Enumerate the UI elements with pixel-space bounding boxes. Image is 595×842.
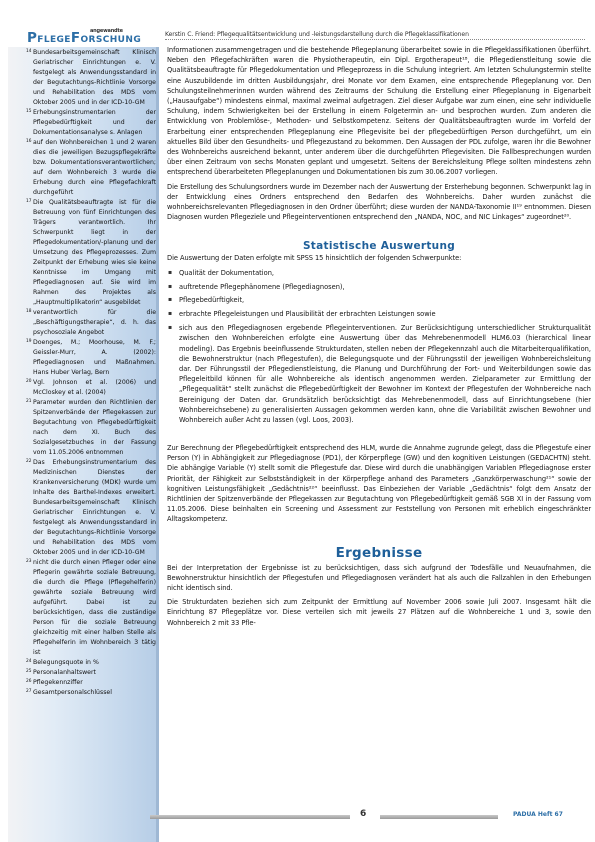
footnote-text: Vgl. Johnson et al. (2006) und McCloskey… (33, 379, 156, 396)
footnote-number: 24 (26, 657, 31, 667)
footnote: 20Vgl. Johnson et al. (2006) und McClosk… (13, 378, 156, 398)
article-body: Informationen zusammengetragen und die b… (167, 45, 591, 632)
footnote-number: 22 (26, 457, 31, 467)
paragraph: Informationen zusammengetragen und die b… (167, 45, 591, 178)
footnote-number: 25 (26, 667, 31, 677)
footnote-number: 19 (26, 337, 31, 347)
footnote: 27Gesamtpersonalschlüssel (13, 688, 156, 698)
logo-title: PflegeForschung (27, 30, 141, 46)
footnote: 17Die Qualitätsbeauftragte ist für die B… (13, 198, 156, 308)
running-title: Kerstin C. Friend: Pflegequalitätsentwic… (165, 31, 585, 40)
footnote-number: 16 (26, 137, 31, 147)
footnote: 16auf den Wohnbereichen 1 und 2 waren di… (13, 138, 156, 198)
footnote: 18verantwortlich für die „Beschäftigungs… (13, 308, 156, 338)
footnote-number: 27 (26, 687, 31, 697)
page-number: 6 (360, 809, 366, 819)
journal-issue: PADUA Heft 67 (513, 811, 563, 818)
footnote-text: Erhebungsinstrumentarien der Pflegebedür… (33, 109, 156, 136)
footer-rule-left (150, 815, 350, 819)
footnote-text: auf den Wohnbereichen 1 und 2 waren dies… (33, 139, 156, 196)
footnote-number: 21 (26, 397, 31, 407)
footnote: 14Bundesarbeitsgemeinschaft Klinisch Ger… (13, 48, 156, 108)
footnote-number: 23 (26, 557, 31, 567)
footnote-number: 26 (26, 677, 31, 687)
footnote: 21Parameter wurden den Richtlinien der S… (13, 398, 156, 458)
list-item: erbrachte Pflegeleistungen und Plausibil… (167, 309, 591, 319)
footnote-text: Bundesarbeitsgemeinschaft Klinisch Geria… (33, 49, 156, 106)
footnote-number: 18 (26, 307, 31, 317)
footnote-number: 20 (26, 377, 31, 387)
footnotes-list: 14Bundesarbeitsgemeinschaft Klinisch Ger… (13, 48, 156, 698)
footnote-text: Belegungsquote in % (33, 659, 99, 666)
footnote-text: Die Qualitätsbeauftragte ist für die Bet… (33, 199, 156, 306)
footnote: 25Personalanhaltswert (13, 668, 156, 678)
paragraph: Bei der Interpretation der Ergebnisse is… (167, 563, 591, 594)
list-item: Qualität der Dokumentation, (167, 268, 591, 278)
footnote: 23nicht die durch einen Pfleger oder ein… (13, 558, 156, 658)
paragraph: Die Strukturdaten beziehen sich zum Zeit… (167, 597, 591, 628)
footnote: 22Das Erhebungsinstrumentarium des Mediz… (13, 458, 156, 558)
footnote-text: Doenges, M.; Moorhouse, M. F.; Geissler-… (33, 339, 156, 376)
footnote-text: Pflegekennziffer (33, 679, 83, 686)
bullet-list: Qualität der Dokumentation, auftretende … (167, 268, 591, 426)
paragraph: Die Erstellung des Schulungsordners wurd… (167, 182, 591, 223)
footer-rule-right (380, 815, 498, 819)
footnote-text: verantwortlich für die „Beschäftigungsth… (33, 309, 156, 336)
footnote: 15Erhebungsinstrumentarien der Pflegebed… (13, 108, 156, 138)
footnote-text: Gesamtpersonalschlüssel (33, 689, 112, 696)
footnote-number: 17 (26, 197, 31, 207)
footnote: 24Belegungsquote in % (13, 658, 156, 668)
footnote-text: Das Erhebungsinstrumentarium des Medizin… (33, 459, 156, 556)
list-item: sich aus den Pflegediagnosen ergebende P… (167, 323, 591, 425)
sidebar-divider (156, 47, 159, 842)
section-heading-statistics: Statistische Auswertung (167, 240, 591, 252)
footnote-text: Parameter wurden den Richtlinien der Spi… (33, 399, 156, 456)
list-item: auftretende Pflegephänomene (Pflegediagn… (167, 282, 591, 292)
footnote: 26Pflegekennziffer (13, 678, 156, 688)
footnote: 19Doenges, M.; Moorhouse, M. F.; Geissle… (13, 338, 156, 378)
footnote-number: 15 (26, 107, 31, 117)
section-heading-results: Ergebnisse (167, 547, 591, 559)
footnote-text: nicht die durch einen Pfleger oder eine … (33, 559, 156, 656)
footnote-number: 14 (26, 47, 31, 57)
paragraph: Die Auswertung der Daten erfolgte mit SP… (167, 253, 591, 263)
list-item: Pflegebedürftigkeit, (167, 295, 591, 305)
footnote-text: Personalanhaltswert (33, 669, 96, 676)
paragraph: Zur Berechnung der Pflegebedürftigkeit e… (167, 443, 591, 525)
